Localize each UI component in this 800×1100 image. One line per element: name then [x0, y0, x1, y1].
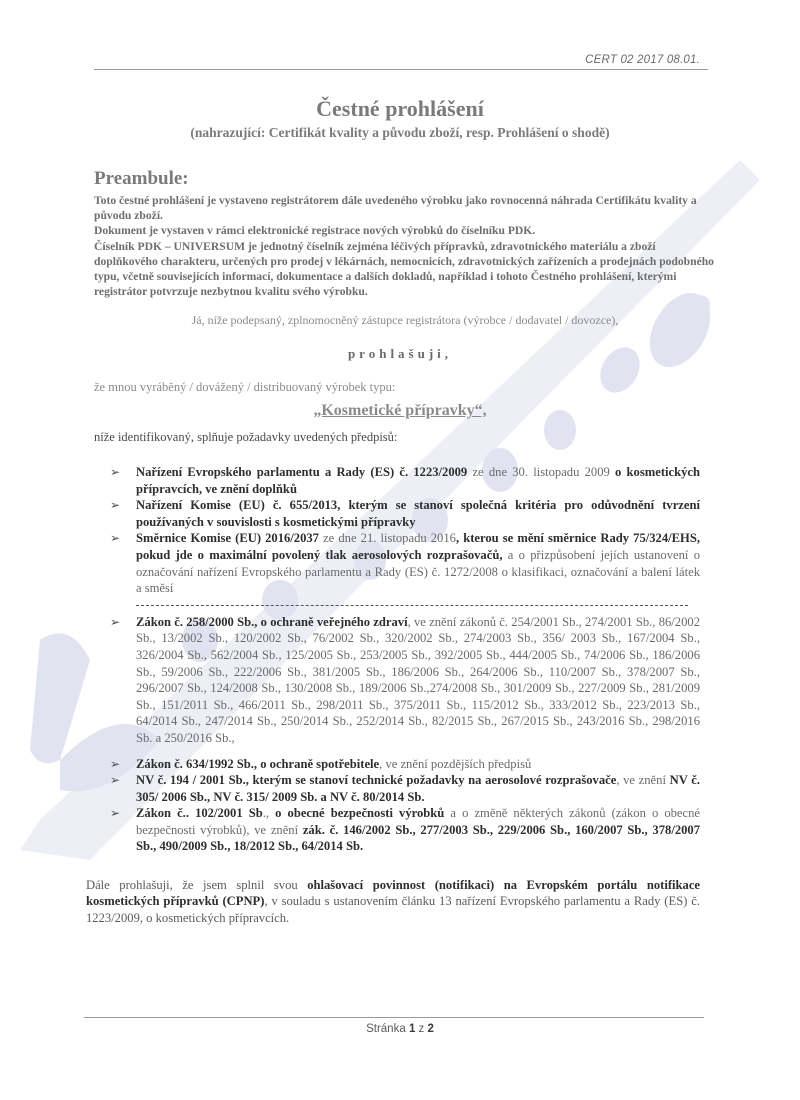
document-code: CERT 02 2017 08.01.: [585, 54, 700, 66]
regulation-item: ➢Směrnice Komise (EU) 2016/2037 ze dne 2…: [110, 530, 700, 596]
regulation-item: ➢Nařízení Evropského parlamentu a Rady (…: [110, 464, 700, 497]
arrow-bullet-icon: ➢: [110, 530, 120, 547]
preamble-paragraph: Číselník PDK – UNIVERSUM je jednotný čís…: [94, 239, 714, 300]
regulation-item: ➢Zákon č. 258/2000 Sb., o ochraně veřejn…: [110, 614, 700, 747]
preamble-paragraph: Dokument je vystaven v rámci elektronick…: [94, 223, 714, 238]
regulation-item: ➢Zákon č. 634/1992 Sb., o ochraně spotře…: [110, 756, 700, 773]
arrow-bullet-icon: ➢: [110, 756, 120, 773]
regulation-item: ➢NV č. 194 / 2001 Sb., kterým se stanoví…: [110, 772, 700, 805]
arrow-bullet-icon: ➢: [110, 772, 120, 789]
header-divider: [94, 69, 708, 70]
document-page: CERT 02 2017 08.01. Čestné prohlášení (n…: [0, 0, 800, 1100]
regulations-list: ➢Nařízení Evropského parlamentu a Rady (…: [110, 464, 700, 855]
preamble-paragraph: Toto čestné prohlášení je vystaveno regi…: [94, 193, 714, 223]
arrow-bullet-icon: ➢: [110, 497, 120, 514]
declaration-word: prohlašuji,: [0, 346, 800, 362]
product-type: „Kosmetické přípravky“,: [0, 402, 800, 420]
document-title: Čestné prohlášení: [0, 96, 800, 122]
product-intro: že mnou vyráběný / dovážený / distribuov…: [94, 380, 395, 395]
signer-statement: Já, níže podepsaný, zplnomocněný zástupc…: [0, 313, 800, 328]
arrow-bullet-icon: ➢: [110, 805, 120, 822]
footer-divider: [84, 1017, 704, 1018]
regulation-item: ➢Zákon č.. 102/2001 Sb., o obecné bezpeč…: [110, 805, 700, 855]
preamble-body: Toto čestné prohlášení je vystaveno regi…: [94, 193, 714, 299]
notification-statement: Dále prohlašuji, že jsem splnil svou ohl…: [86, 877, 700, 926]
arrow-bullet-icon: ➢: [110, 464, 120, 481]
regulation-item: ➢Nařízení Komise (EU) č. 655/2013, který…: [110, 497, 700, 530]
document-subtitle: (nahrazující: Certifikát kvality a původ…: [0, 125, 800, 141]
requirements-intro: níže identifikovaný, splňuje požadavky u…: [94, 430, 397, 445]
preamble-heading: Preambule:: [94, 168, 189, 190]
dashed-separator: [136, 605, 688, 606]
page-number: Stránka 1 z 2: [0, 1023, 800, 1035]
arrow-bullet-icon: ➢: [110, 614, 120, 631]
